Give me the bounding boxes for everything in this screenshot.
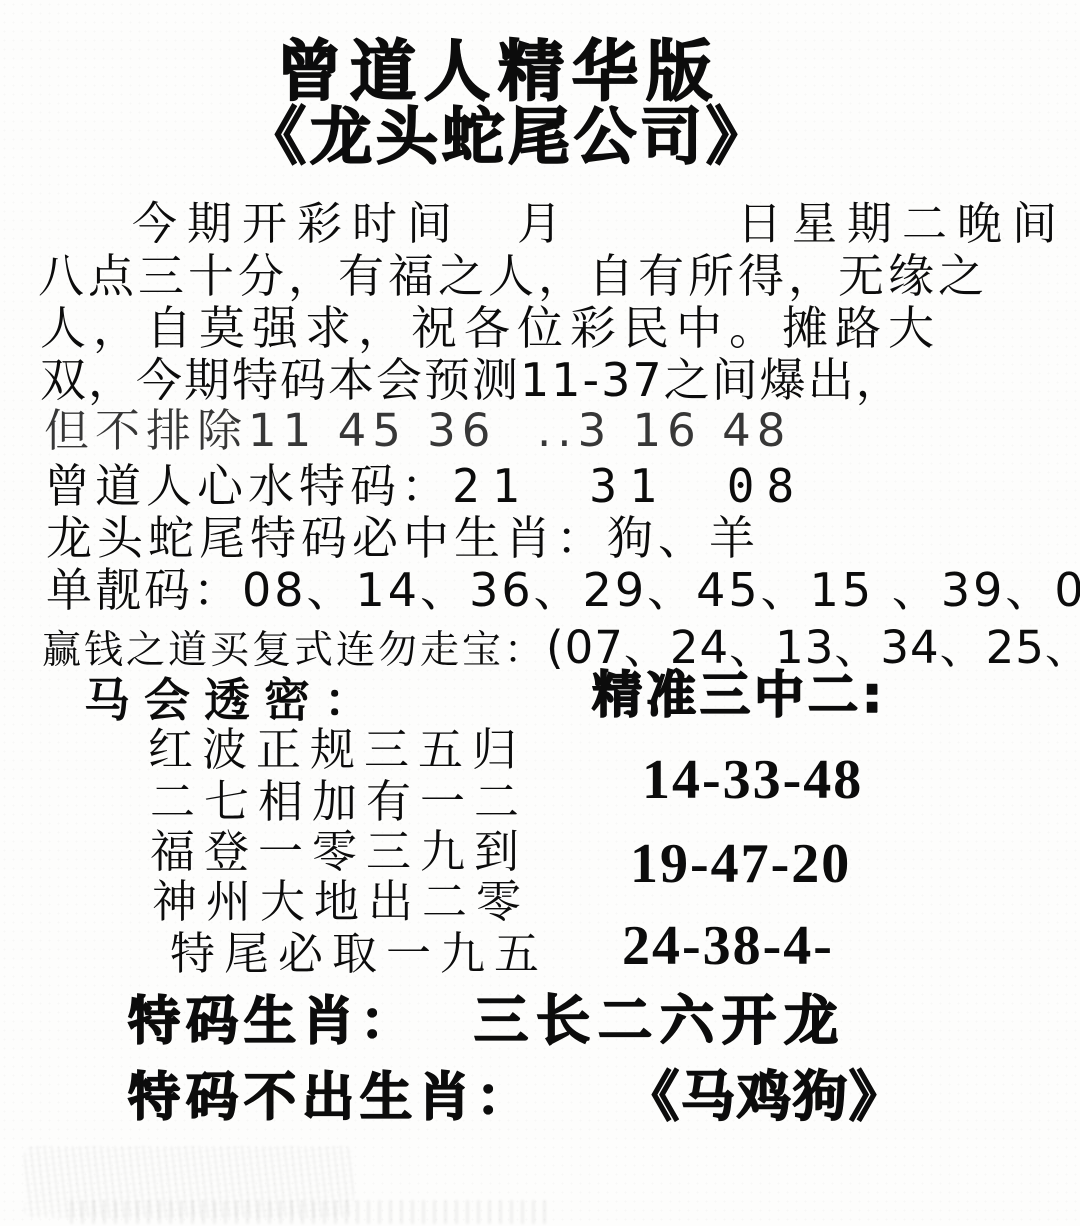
poem-line-4: 神州大地出二零	[152, 878, 530, 927]
accurate-three-hit-two-title: 精准三中二:	[592, 668, 886, 722]
prediction-range-line: 双，今期特码本会预测11-37之间爆出，	[40, 356, 904, 406]
page-title: 曾道人精华版	[276, 36, 720, 107]
number-set-1: 14-33-48	[642, 750, 863, 810]
excluded-zodiac-line: 特码不出生肖：《马鸡狗》	[128, 1068, 905, 1126]
intro-line-2: 八点三十分，有福之人，自有所得，无缘之	[38, 252, 988, 302]
must-hit-zodiac-line: 龙头蛇尾特码必中生肖：狗、羊	[46, 514, 760, 564]
zodiac-value: 狗、羊	[607, 511, 760, 565]
not-excluded-numbers-line: 但不排除11 45 36 ..3 16 48	[44, 407, 791, 456]
intro-line-3: 人，自莫强求，祝各位彩民中。摊路大	[40, 304, 941, 354]
xinshui-special-codes-line: 曾道人心水特码：21 31 08	[44, 462, 806, 512]
page-subtitle: 《龙头蛇尾公司》	[244, 104, 772, 171]
special-zodiac-value: 三长二六开龙	[474, 989, 846, 1052]
xinshui-label: 曾道人心水特码：	[44, 459, 452, 513]
compound-bet-line: 赢钱之道买复式连勿走宝：(07、24、13、34、25、31)	[42, 624, 1080, 673]
jockey-club-secret-title: 马会透密：	[84, 676, 384, 726]
excluded-zodiac-label: 特码不出生肖：	[128, 1068, 534, 1128]
number-set-3: 24-38-4-	[622, 916, 834, 976]
poem-line-3: 福登一零三九到	[150, 828, 528, 877]
draw-time-line: 今期开彩时间 月 日星期二晚间	[132, 200, 1067, 249]
scanned-lottery-tip-sheet: 曾道人精华版 《龙头蛇尾公司》 今期开彩时间 月 日星期二晚间 八点三十分，有福…	[0, 0, 1080, 1226]
poem-line-5: 特尾必取一九五	[170, 930, 548, 979]
danliang-label: 单靓码：	[46, 563, 242, 617]
number-set-2: 19-47-20	[630, 834, 851, 894]
cut-off-text-strip	[70, 1200, 550, 1224]
danliang-numbers: 08、14、36、29、45、15 、39、05	[242, 563, 1080, 617]
fushi-label: 赢钱之道买复式连勿走宝：	[42, 628, 546, 673]
special-zodiac-label: 特码生肖：	[128, 992, 418, 1052]
poem-line-1: 红波正规三五归	[148, 726, 526, 775]
xinshui-numbers: 21 31 08	[452, 459, 806, 513]
zodiac-label: 龙头蛇尾特码必中生肖：	[46, 511, 607, 565]
single-nice-codes-line: 单靓码：08、14、36、29、45、15 、39、05	[46, 566, 1080, 616]
poem-line-2: 二七相加有一二	[150, 778, 528, 827]
excluded-zodiac-value: 《马鸡狗》	[652, 1065, 905, 1128]
special-code-zodiac-line: 特码生肖：三长二六开龙	[128, 992, 846, 1050]
